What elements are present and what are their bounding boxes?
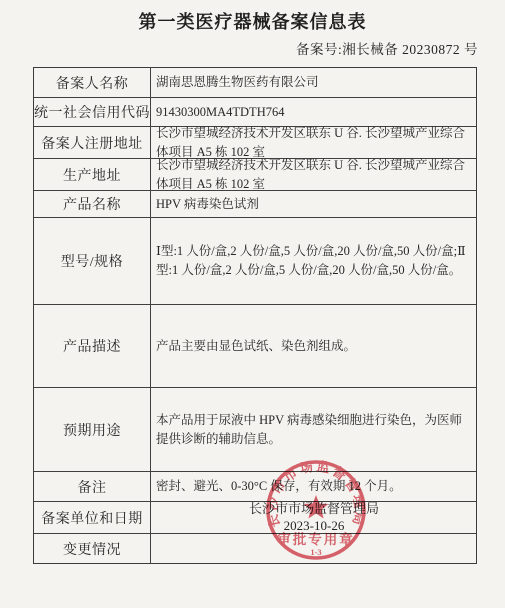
row-label: 产品描述 xyxy=(34,305,151,387)
table-row: 备案人名称湖南思恩腾生物医药有限公司 xyxy=(34,68,476,98)
row-value: Ⅰ型:1 人份/盒,2 人份/盒,5 人份/盒,20 人份/盒,50 人份/盒;… xyxy=(151,218,476,304)
row-value: 长沙市望城经济技术开发区联东 U 谷. 长沙望城产业综合体项目 A5 栋 102… xyxy=(151,127,476,158)
registration-form-page: 第一类医疗器械备案信息表 备案号:湘长械备 20230872 号 备案人名称湖南… xyxy=(0,0,505,608)
row-label: 备案人注册地址 xyxy=(34,127,151,158)
row-value: 本产品用于尿液中 HPV 病毒感染细胞进行染色，为医师提供诊断的辅助信息。 xyxy=(151,388,476,471)
row-value xyxy=(151,534,476,563)
row-value: 密封、避光、0-30°C 保存，有效期 12 个月。 xyxy=(151,472,476,501)
table-row: 预期用途本产品用于尿液中 HPV 病毒感染细胞进行染色，为医师提供诊断的辅助信息… xyxy=(34,388,476,472)
row-value: 91430300MA4TDTH764 xyxy=(151,98,476,126)
form-table: 备案人名称湖南思恩腾生物医药有限公司统一社会信用代码91430300MA4TDT… xyxy=(33,67,477,564)
row-label: 备案人名称 xyxy=(34,68,151,97)
row-label: 备注 xyxy=(34,472,151,501)
table-row: 备案人注册地址长沙市望城经济技术开发区联东 U 谷. 长沙望城产业综合体项目 A… xyxy=(34,127,476,159)
table-row: 备注密封、避光、0-30°C 保存，有效期 12 个月。 xyxy=(34,472,476,502)
row-label: 备案单位和日期 xyxy=(34,502,151,533)
row-value: 产品主要由显色试纸、染色剂组成。 xyxy=(151,305,476,387)
row-label: 变更情况 xyxy=(34,534,151,563)
table-row: 型号/规格Ⅰ型:1 人份/盒,2 人份/盒,5 人份/盒,20 人份/盒,50 … xyxy=(34,218,476,305)
row-label: 统一社会信用代码 xyxy=(34,98,151,126)
row-value: 湖南思恩腾生物医药有限公司 xyxy=(151,68,476,97)
page-title: 第一类医疗器械备案信息表 xyxy=(0,8,505,34)
table-row: 生产地址长沙市望城经济技术开发区联东 U 谷. 长沙望城产业综合体项目 A5 栋… xyxy=(34,159,476,191)
row-label: 产品名称 xyxy=(34,191,151,217)
row-value: 长沙市望城经济技术开发区联东 U 谷. 长沙望城产业综合体项目 A5 栋 102… xyxy=(151,159,476,190)
table-row: 产品描述产品主要由显色试纸、染色剂组成。 xyxy=(34,305,476,388)
record-number: 备案号:湘长械备 20230872 号 xyxy=(296,38,478,58)
table-row: 备案单位和日期长沙市市场监督管理局2023-10-26 xyxy=(34,502,476,534)
table-row: 产品名称HPV 病毒染色试剂 xyxy=(34,191,476,218)
row-value: 长沙市市场监督管理局2023-10-26 xyxy=(151,502,476,533)
table-row: 统一社会信用代码91430300MA4TDTH764 xyxy=(34,98,476,127)
row-label: 预期用途 xyxy=(34,388,151,471)
table-row: 变更情况 xyxy=(34,534,476,563)
row-label: 型号/规格 xyxy=(34,218,151,304)
row-value: HPV 病毒染色试剂 xyxy=(151,191,476,217)
row-label: 生产地址 xyxy=(34,159,151,190)
